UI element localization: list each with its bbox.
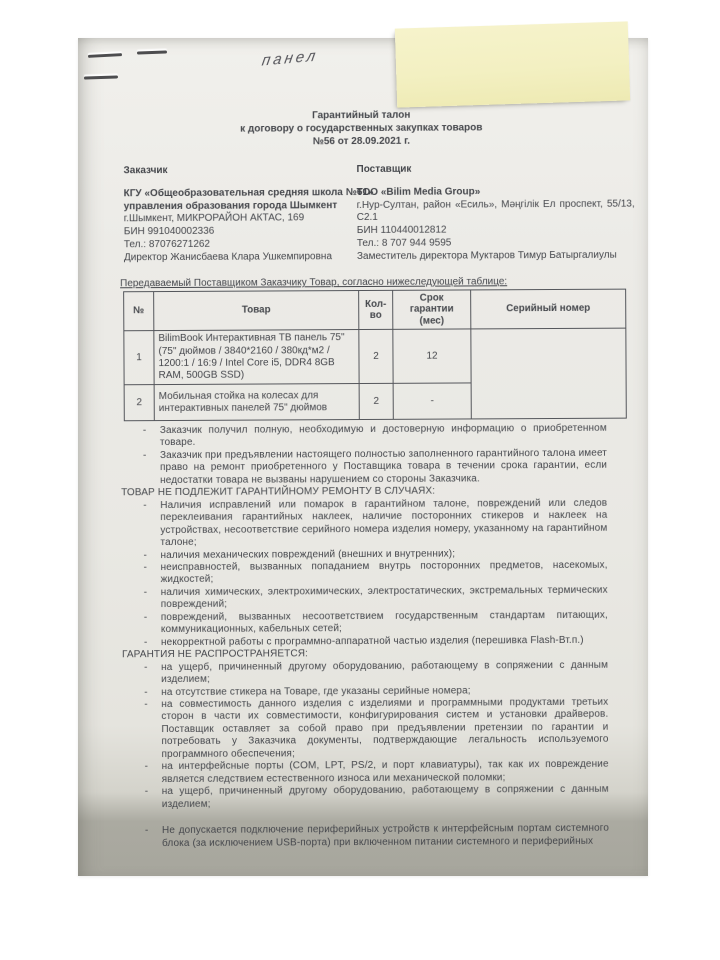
supplier-heading: Поставщик [356, 163, 634, 177]
terms-section: Заказчик получил полную, необходимую и д… [121, 423, 609, 850]
col-header-warranty: Срок гарантии (мес) [393, 290, 471, 330]
supplier-head: Заместитель директора Муктаров Тимур Бат… [357, 249, 635, 263]
row1-product: BilimBook Интерактивная ТВ панель 75" (7… [154, 330, 359, 385]
row2-product: Мобильная стойка на колесах для интеракт… [154, 384, 359, 421]
sticky-note [395, 21, 630, 107]
customer-name: КГУ «Общеобразовательная средняя школа №… [124, 187, 374, 214]
list-item: на ущерб, причиненный другому оборудован… [122, 659, 608, 686]
row1-number: 1 [124, 331, 154, 385]
photo-frame: Гарантийный талон к договору о государст… [0, 0, 720, 960]
row1-qty: 2 [359, 330, 393, 384]
list-item: Не допускается подключение периферийных … [123, 823, 609, 850]
list-item: Заказчик при предъявлении настоящего пол… [121, 448, 607, 488]
table-caption: Передаваемый Поставщиком Заказчику Товар… [120, 276, 507, 289]
customer-block: Заказчик КГУ «Общеобразовательная средня… [123, 164, 374, 265]
supplier-address: г.Нур-Султан, район «Есиль», Мәңгілік Ел… [357, 198, 635, 225]
list-item: некорректной работы с программно-аппарат… [122, 634, 608, 649]
col-header-qty: Кол-во [359, 290, 393, 329]
row2-qty: 2 [359, 384, 393, 420]
row1-warranty: 12 [393, 329, 471, 383]
title-line-3: №56 от 28.09.2021 г. [76, 134, 646, 150]
supplier-block: Поставщик ТОО «Bilim Media Group» г.Нур-… [356, 163, 635, 264]
list-item: Заказчик получил полную, необходимую и д… [121, 423, 607, 450]
warranty-document-paper: Гарантийный талон к договору о государст… [78, 38, 648, 876]
list-item: повреждений, вызванных несоответствием г… [122, 610, 608, 637]
col-header-number: № [124, 292, 154, 331]
customer-heading: Заказчик [123, 164, 373, 178]
document-content: Гарантийный талон к договору о государст… [76, 37, 650, 878]
col-header-product: Товар [154, 291, 359, 331]
serial-number-cell [471, 328, 626, 419]
list-item: неисправностей, вызванных попаданием вну… [122, 560, 608, 587]
list-item: наличия химических, электрохимических, э… [122, 585, 608, 612]
row2-number: 2 [124, 385, 154, 421]
table-row: 1 BilimBook Интерактивная ТВ панель 75" … [124, 328, 626, 385]
row2-warranty: - [393, 383, 471, 419]
list-item: Наличия исправлений или помарок в гарант… [121, 497, 607, 549]
customer-bin: БИН 991040002336 [124, 225, 374, 239]
list-item: на совместимость данного изделия с издел… [122, 697, 608, 762]
list-item: на ущерб, причиненный другому оборудован… [123, 784, 609, 811]
col-header-serial: Серийный номер [471, 289, 626, 329]
goods-table: № Товар Кол-во Срок гарантии (мес) Серий… [123, 289, 627, 422]
customer-address: г.Шымкент, МИКРОРАЙОН АКТАС, 169 [124, 212, 374, 226]
list-item: на интерфейсные порты (COM, LPT, PS/2, и… [123, 759, 609, 786]
document-title: Гарантийный талон к договору о государст… [76, 109, 646, 150]
customer-head: Директор Жанисбаева Клара Ушкемпировна [124, 251, 374, 265]
table-header-row: № Товар Кол-во Срок гарантии (мес) Серий… [124, 289, 626, 331]
customer-phone: Тел.: 87076271262 [124, 238, 374, 252]
